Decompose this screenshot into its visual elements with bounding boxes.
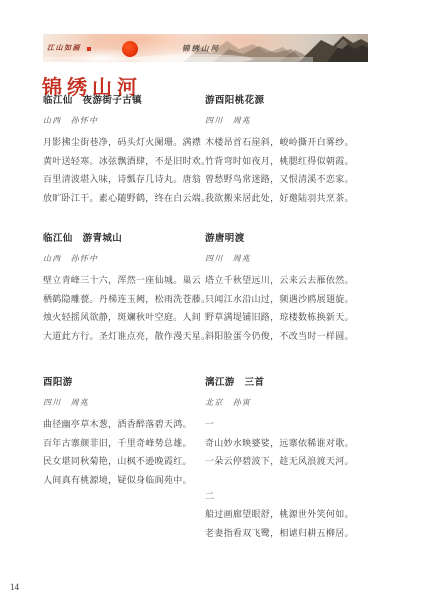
poem-line: 壁立青峰三十六，浑然一座仙城。巢云 (43, 271, 218, 290)
poem-body: 一 奇山妙水映婆娑，远寨依稀谁对歌。 一朵云停碧波下，趁无风浪渡天河。 二 船过… (205, 415, 380, 542)
poem-tangmingdu: 游唐明渡 四川 周兆 塔立千秋望远川，云来云去雁依然。 只闻江水沿山过，频遇沙鸥… (205, 233, 380, 345)
poem-linjiangxian-qingcheng: 临江仙 游青城山 山西 孙怀中 壁立青峰三十六，浑然一座仙城。巢云 栖鹤隐雕甍。… (43, 233, 218, 345)
poem-line: 老妻指看双飞鹭，相谑归耕五柳居。 (205, 524, 380, 543)
stanza-label: 二 (205, 487, 380, 506)
poem-line: 木楼昂首石崖斜，峻岭撕开白雾纱。 (205, 133, 380, 152)
poem-author: 四川 周兆 (43, 398, 218, 408)
poem-line: 奇山妙水映婆娑，远寨依稀谁对歌。 (205, 434, 380, 453)
landscape-banner: 江山如画 锦绣山河 (43, 34, 368, 62)
page-number: 14 (10, 582, 19, 592)
poem-taohuayuan: 游酉阳桃花源 四川 周兆 木楼昂首石崖斜，峻岭撕开白雾纱。 竹背弯时如夜月，桃腮… (205, 95, 380, 207)
poem-line: 塔立千秋望远川，云来云去雁依然。 (205, 271, 380, 290)
poem-title: 漓江游 三首 (205, 377, 380, 389)
poem-line: 民女堪同秋菊艳，山枫不逊晚霞红。 (43, 452, 218, 471)
poem-title: 临江仙 夜游街子古镇 (43, 95, 218, 107)
poem-line: 百年古寨颜非旧，千里奇峰势总雄。 (43, 434, 218, 453)
poem-line: 竹背弯时如夜月，桃腮红得似朝霞。 (205, 152, 380, 171)
poem-author: 北京 孙寅 (205, 398, 380, 408)
poem-title: 酉阳游 (43, 377, 218, 389)
stanza-label: 一 (205, 415, 380, 434)
poem-title: 游唐明渡 (205, 233, 380, 245)
poem-youyangyou: 酉阳游 四川 周兆 曲径幽亭草木葱，酒香醉落碧天鸿。 百年古寨颜非旧，千里奇峰势… (43, 377, 218, 489)
seal-stamp-icon (87, 47, 91, 51)
poem-line: 斜阳脸蛋今仍俊，不改当时一样圆。 (205, 327, 380, 346)
poem-line: 月影拂尘街巷净，码头灯火阑珊。满襟 (43, 133, 218, 152)
poem-line: 野草满堤铺旧路，琼楼数栋换新天。 (205, 308, 380, 327)
poem-title: 游酉阳桃花源 (205, 95, 380, 107)
stanza: 一 奇山妙水映婆娑，远寨依稀谁对歌。 一朵云停碧波下，趁无风浪渡天河。 (205, 415, 380, 471)
poem-line: 黄叶送轻寒。冰弦飘酒肆，不是旧时欢。 (43, 152, 218, 171)
poem-author: 山西 孙怀中 (43, 116, 218, 126)
sun-icon (122, 41, 138, 57)
poem-line: 放旷卧江干。素心随野鹤，终在白云端。 (43, 189, 218, 208)
stanza: 二 船过画廊望眼舒，桃源世外笑何如。 老妻指看双飞鹭，相谑归耕五柳居。 (205, 487, 380, 543)
poem-title: 临江仙 游青城山 (43, 233, 218, 245)
poem-line: 我欲搬来居此处，好邀陆羽共烹茶。 (205, 189, 380, 208)
banner-center-inscription: 锦绣山河 (182, 43, 220, 54)
poem-line: 烛火轻摇风欲静，斑斓秋叶空庭。人间 (43, 308, 218, 327)
poem-body: 木楼昂首石崖斜，峻岭撕开白雾纱。 竹背弯时如夜月，桃腮红得似朝霞。 曾愁野鸟常迷… (205, 133, 380, 207)
poem-body: 曲径幽亭草木葱，酒香醉落碧天鸿。 百年古寨颜非旧，千里奇峰势总雄。 民女堪同秋菊… (43, 415, 218, 489)
poem-author: 四川 周兆 (205, 254, 380, 264)
poem-lijiangyou: 漓江游 三首 北京 孙寅 一 奇山妙水映婆娑，远寨依稀谁对歌。 一朵云停碧波下，… (205, 377, 380, 542)
poem-line: 百里清波堪入味，诗瓢存几诗丸。唐翁 (43, 170, 218, 189)
poem-body: 月影拂尘街巷净，码头灯火阑珊。满襟 黄叶送轻寒。冰弦飘酒肆，不是旧时欢。 百里清… (43, 133, 218, 207)
poem-line: 船过画廊望眼舒，桃源世外笑何如。 (205, 505, 380, 524)
poem-line: 大道此方行。圣灯谁点亮，散作漫天星。 (43, 327, 218, 346)
poem-line: 栖鹤隐雕甍。丹梯连玉阙，松雨洗苍藤。 (43, 290, 218, 309)
poem-author: 山西 孙怀中 (43, 254, 218, 264)
poem-body: 壁立青峰三十六，浑然一座仙城。巢云 栖鹤隐雕甍。丹梯连玉阙，松雨洗苍藤。 烛火轻… (43, 271, 218, 345)
poem-line: 曾愁野鸟常迷路，又恨清溪不恋家。 (205, 170, 380, 189)
poem-body: 塔立千秋望远川，云来云去雁依然。 只闻江水沿山过，频遇沙鸥展翅旋。 野草满堤铺旧… (205, 271, 380, 345)
banner-left-inscription: 江山如画 (47, 43, 81, 53)
poem-line: 曲径幽亭草木葱，酒香醉落碧天鸿。 (43, 415, 218, 434)
poem-line: 只闻江水沿山过，频遇沙鸥展翅旋。 (205, 290, 380, 309)
book-page: 江山如画 锦绣山河 锦绣山河 临江仙 夜游街子古镇 山西 孙怀中 月影拂尘街巷净… (0, 0, 426, 600)
poem-linjiangxian-jiezi: 临江仙 夜游街子古镇 山西 孙怀中 月影拂尘街巷净，码头灯火阑珊。满襟 黄叶送轻… (43, 95, 218, 207)
poem-author: 四川 周兆 (205, 116, 380, 126)
poem-line: 人间真有桃源境，疑似身临阆苑中。 (43, 471, 218, 490)
poem-line: 一朵云停碧波下，趁无风浪渡天河。 (205, 452, 380, 471)
